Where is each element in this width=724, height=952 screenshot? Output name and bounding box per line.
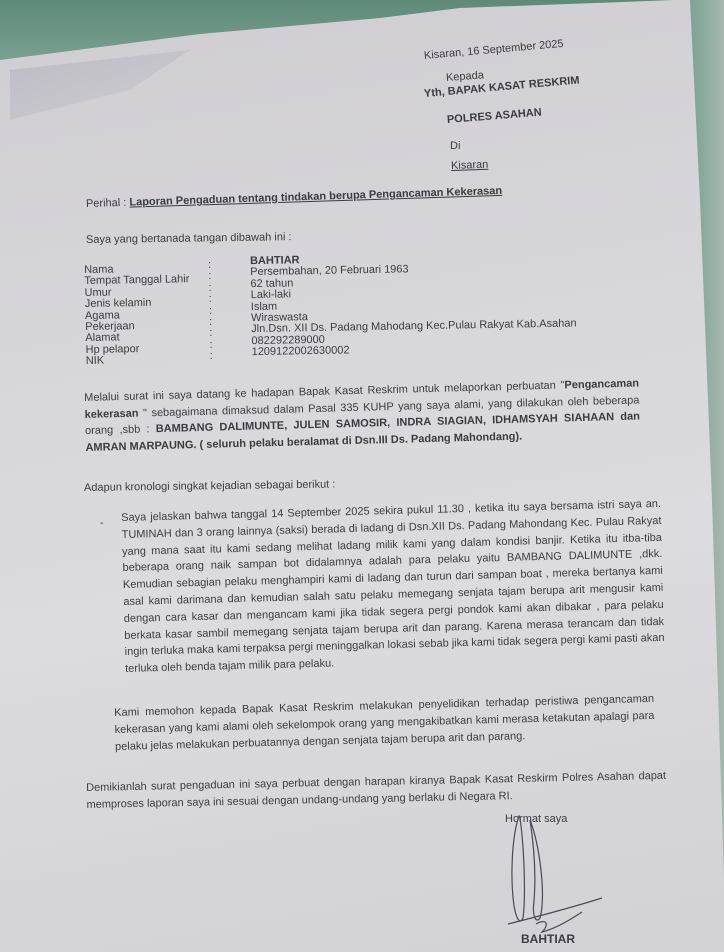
subject-label: Perihal : (86, 197, 130, 210)
recipient-di: Di (450, 140, 460, 152)
recipient-unit: POLRES ASAHAN (447, 107, 543, 126)
chronology-paragraph: Saya jelaskan bahwa tanggal 14 September… (121, 496, 665, 678)
subject-line: Perihal : Laporan Pengaduan tentang tind… (86, 185, 502, 210)
identity-colon: : (210, 351, 213, 362)
request-paragraph: Kami memohon kepada Bapak Kasat Reskrim … (114, 691, 655, 756)
complaint-letter: Kisaran, 16 September 2025 Kepada Yth, B… (0, 0, 724, 952)
recipient-city: Kisaran (451, 159, 489, 172)
opening-paragraph: Melalui surat ini saya datang ke hadapan… (84, 375, 641, 456)
intro-line: Saya yang bertanada tangan dibawah ini : (86, 231, 292, 246)
recipient-kepada: Kepada (446, 69, 485, 84)
identity-value: 1209122002630002 (252, 346, 350, 359)
identity-label: NIK (86, 354, 206, 367)
chronology-heading: Adapun kronologi singkat kejadian sebaga… (84, 478, 335, 494)
bullet-marker: - (100, 517, 104, 529)
signature-mark (490, 806, 620, 946)
identity-colon: : (209, 294, 212, 305)
identity-table: Nama:BAHTIARTempat Tanggal Lahir:Persemb… (84, 259, 86, 362)
place-date: Kisaran, 16 September 2025 (423, 38, 564, 62)
signer-name: BAHTIAR (521, 932, 575, 946)
subject-value: Laporan Pengaduan tentang tindakan berup… (129, 185, 502, 209)
